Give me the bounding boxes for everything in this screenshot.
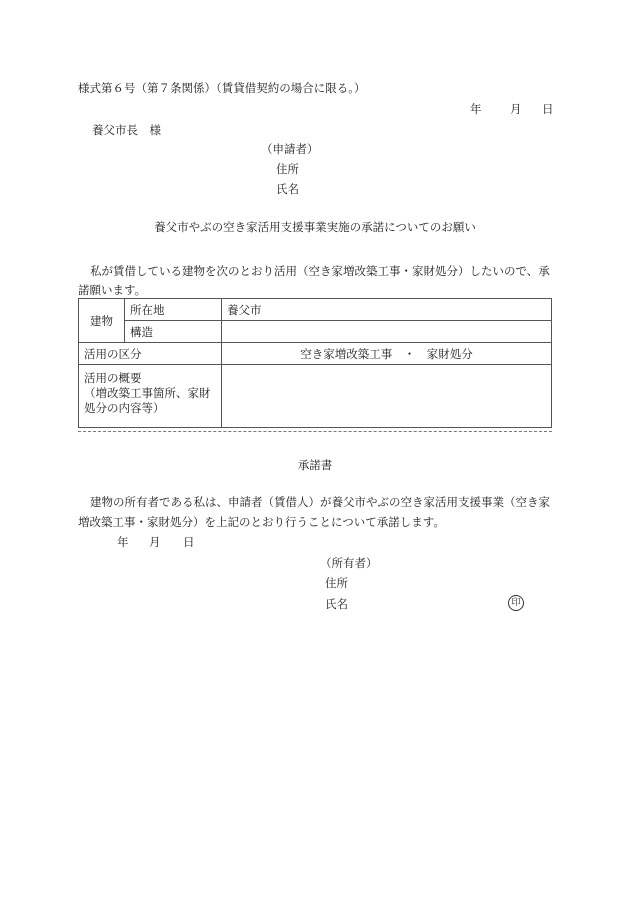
overview-label-line: （増改築工事箇所、家財 [84, 386, 216, 401]
structure-value[interactable] [222, 321, 552, 343]
document-title: 養父市やぶの空き家活用支援事業実施の承諾についてのお願い [0, 220, 630, 234]
category-label: 活用の区分 [79, 343, 222, 365]
building-info-table: 建物 所在地 養父市 構造 活用の区分 空き家増改築工事 ・ 家財処分 活用の概… [78, 298, 552, 428]
day-label: 日 [542, 102, 554, 116]
year-label: 年 [117, 535, 149, 549]
owner-address-label: 住所 [325, 576, 348, 590]
table-row: 活用の区分 空き家増改築工事 ・ 家財処分 [79, 343, 552, 365]
request-text: 私が賃借している建物を次のとおり活用（空き家増改築工事・家財処分）したいので、承… [78, 262, 552, 300]
overview-value[interactable] [222, 365, 552, 428]
overview-label: 活用の概要 （増改築工事箇所、家財 処分の内容等） [79, 365, 222, 428]
year-label: 年 [470, 102, 510, 116]
location-label: 所在地 [125, 299, 222, 321]
month-label: 月 [510, 102, 542, 116]
consent-title: 承諾書 [0, 458, 630, 472]
seal-icon: 印 [508, 595, 524, 611]
table-row: 建物 所在地 養父市 [79, 299, 552, 321]
applicant-address-label: 住所 [276, 162, 299, 176]
form-number: 様式第６号（第７条関係）（賃貸借契約の場合に限る。） [78, 81, 366, 95]
owner-name-label: 氏名 [325, 597, 348, 611]
overview-label-line: 活用の概要 [84, 371, 216, 386]
cut-line-divider [78, 431, 552, 432]
consent-text: 建物の所有者である私は、申請者（賃借人）が養父市やぶの空き家活用支援事業（空き家… [78, 492, 552, 532]
application-date: 年月日 [470, 102, 554, 116]
category-value[interactable]: 空き家増改築工事 ・ 家財処分 [222, 343, 552, 365]
applicant-role: （申請者） [261, 142, 319, 156]
addressee: 養父市長 様 [92, 123, 161, 137]
location-value[interactable]: 養父市 [222, 299, 552, 321]
consent-date: 年月日 [117, 535, 195, 549]
day-label: 日 [183, 535, 195, 549]
owner-role: （所有者） [320, 556, 378, 570]
applicant-name-label: 氏名 [276, 182, 299, 196]
table-row: 活用の概要 （増改築工事箇所、家財 処分の内容等） [79, 365, 552, 428]
building-label: 建物 [79, 299, 125, 343]
structure-label: 構造 [125, 321, 222, 343]
month-label: 月 [149, 535, 183, 549]
table-row: 構造 [79, 321, 552, 343]
overview-label-line: 処分の内容等） [84, 401, 216, 416]
